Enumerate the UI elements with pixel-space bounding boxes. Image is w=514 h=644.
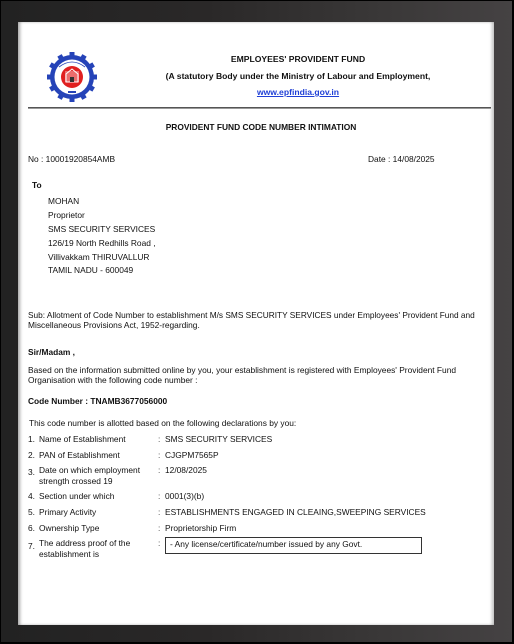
separator: : (158, 491, 160, 501)
address-line: TAMIL NADU - 600049 (48, 265, 133, 275)
to-label: To (32, 180, 42, 190)
declaration-label: Primary Activity (39, 507, 157, 518)
declaration-value: ESTABLISHMENTS ENGAGED IN CLEAING,SWEEPI… (165, 507, 426, 517)
declaration-label: PAN of Establishment (39, 450, 157, 461)
declaration-number: 2. (28, 450, 35, 460)
declaration-number: 5. (28, 507, 35, 517)
declaration-value: 0001(3)(b) (165, 491, 204, 501)
declaration-value: 12/08/2025 (165, 465, 207, 475)
separator: : (158, 538, 160, 548)
declaration-value: SMS SECURITY SERVICES (165, 434, 272, 444)
header-divider (28, 107, 491, 109)
subject-line-1: Sub: Allotment of Code Number to establi… (28, 310, 475, 320)
declaration-number: 3. (28, 467, 35, 477)
declaration-number: 1. (28, 434, 35, 444)
intro-paragraph-line-1: Based on the information submitted onlin… (28, 365, 456, 375)
separator: : (158, 507, 160, 517)
address-line: Villivakkam THIRUVALLUR (48, 252, 149, 262)
declaration-value: Proprietorship Firm (165, 523, 236, 533)
org-name: EMPLOYEES' PROVIDENT FUND (18, 54, 494, 64)
separator: : (158, 450, 160, 460)
document-viewer-frame: EMPLOYEES' PROVIDENT FUND (A statutory B… (1, 1, 512, 642)
document-date: Date : 14/08/2025 (368, 154, 435, 164)
address-line: SMS SECURITY SERVICES (48, 224, 155, 234)
declaration-label: Ownership Type (39, 523, 157, 534)
declaration-label: Name of Establishment (39, 434, 157, 445)
address-line: 126/19 North Redhills Road , (48, 238, 156, 248)
declaration-label: The address proof of the establishment i… (39, 538, 157, 559)
declaration-value: CJGPM7565P (165, 450, 219, 460)
separator: : (158, 465, 160, 475)
website-link[interactable]: www.epfindia.gov.in (18, 87, 494, 97)
declaration-number: 6. (28, 523, 35, 533)
address-line: Proprietor (48, 210, 85, 220)
separator: : (158, 434, 160, 444)
declaration-label: Date on which employment strength crosse… (39, 465, 157, 486)
document-title: PROVIDENT FUND CODE NUMBER INTIMATION (18, 122, 494, 132)
separator: : (158, 523, 160, 533)
code-number: Code Number : TNAMB3677056000 (28, 396, 167, 406)
declaration-number: 4. (28, 491, 35, 501)
declaration-label: Section under which (39, 491, 157, 502)
subject-line-2: Miscellaneous Provisions Act, 1952-regar… (28, 320, 200, 330)
document-number: No : 10001920854AMB (28, 154, 115, 164)
allotted-intro: This code number is allotted based on th… (29, 418, 296, 428)
document-page: EMPLOYEES' PROVIDENT FUND (A statutory B… (18, 22, 494, 625)
intro-paragraph-line-2: Organisation with the following code num… (28, 375, 197, 385)
salutation: Sir/Madam , (28, 347, 75, 357)
declaration-number: 7. (28, 541, 35, 551)
address-line: MOHAN (48, 196, 79, 206)
address-proof-box: - Any license/certificate/number issued … (165, 537, 422, 554)
org-subtitle: (A statutory Body under the Ministry of … (18, 71, 494, 81)
